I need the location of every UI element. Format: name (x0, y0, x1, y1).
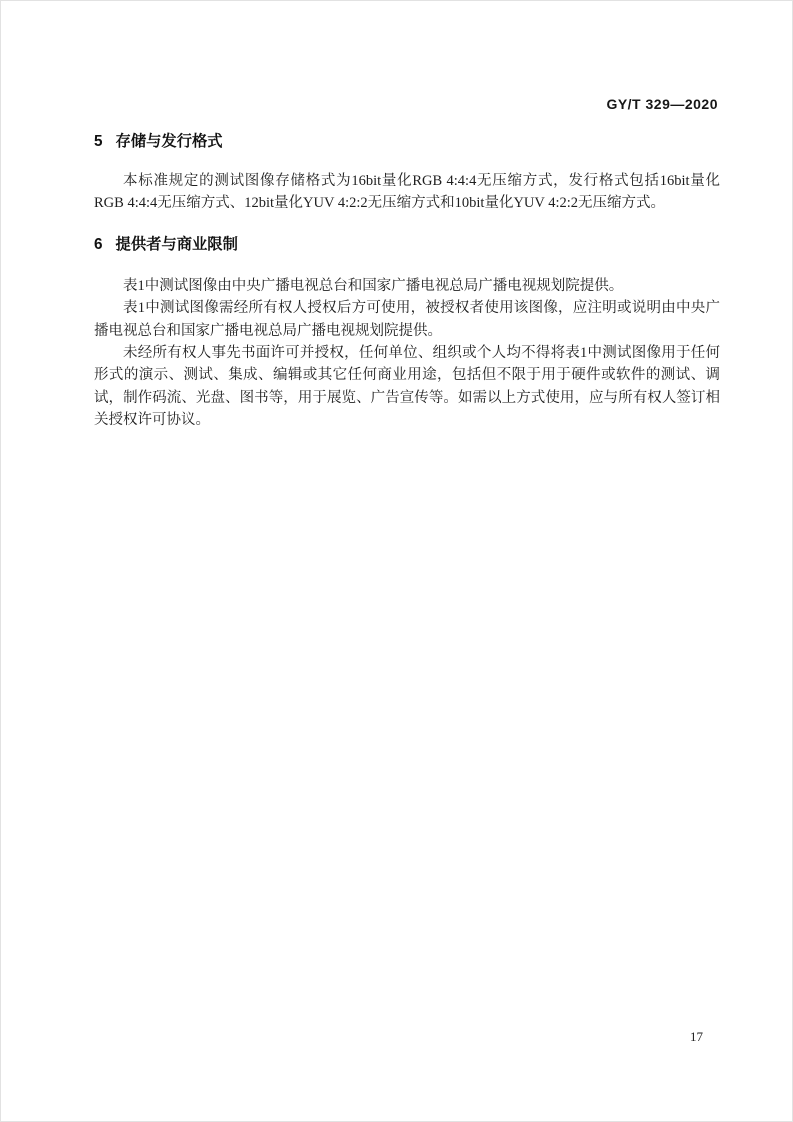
section-6-paragraph-3: 未经所有权人事先书面许可并授权，任何单位、组织或个人均不得将表1中测试图像用于任… (94, 342, 720, 432)
section-5-title: 存储与发行格式 (116, 133, 223, 150)
document-header: GY/T 329—2020 (94, 96, 718, 113)
section-6-paragraph-1: 表1中测试图像由中央广播电视总台和国家广播电视总局广播电视规划院提供。 (94, 275, 720, 297)
section-6-paragraph-2: 表1中测试图像需经所有权人授权后方可使用，被授权者使用该图像，应注明或说明由中央… (94, 297, 720, 342)
page-number: 17 (690, 1029, 703, 1044)
section-5-heading: 5存储与发行格式 (94, 133, 718, 150)
section-6-number: 6 (94, 236, 103, 253)
standard-number: GY/T 329—2020 (606, 96, 718, 112)
section-6-heading: 6提供者与商业限制 (94, 236, 718, 253)
section-5-paragraph-1: 本标准规定的测试图像存储格式为16bit量化RGB 4:4:4无压缩方式，发行格… (94, 170, 720, 215)
section-5-number: 5 (94, 133, 103, 150)
document-page: GY/T 329—2020 5存储与发行格式 本标准规定的测试图像存储格式为16… (0, 0, 793, 1122)
section-6-title: 提供者与商业限制 (116, 236, 238, 253)
